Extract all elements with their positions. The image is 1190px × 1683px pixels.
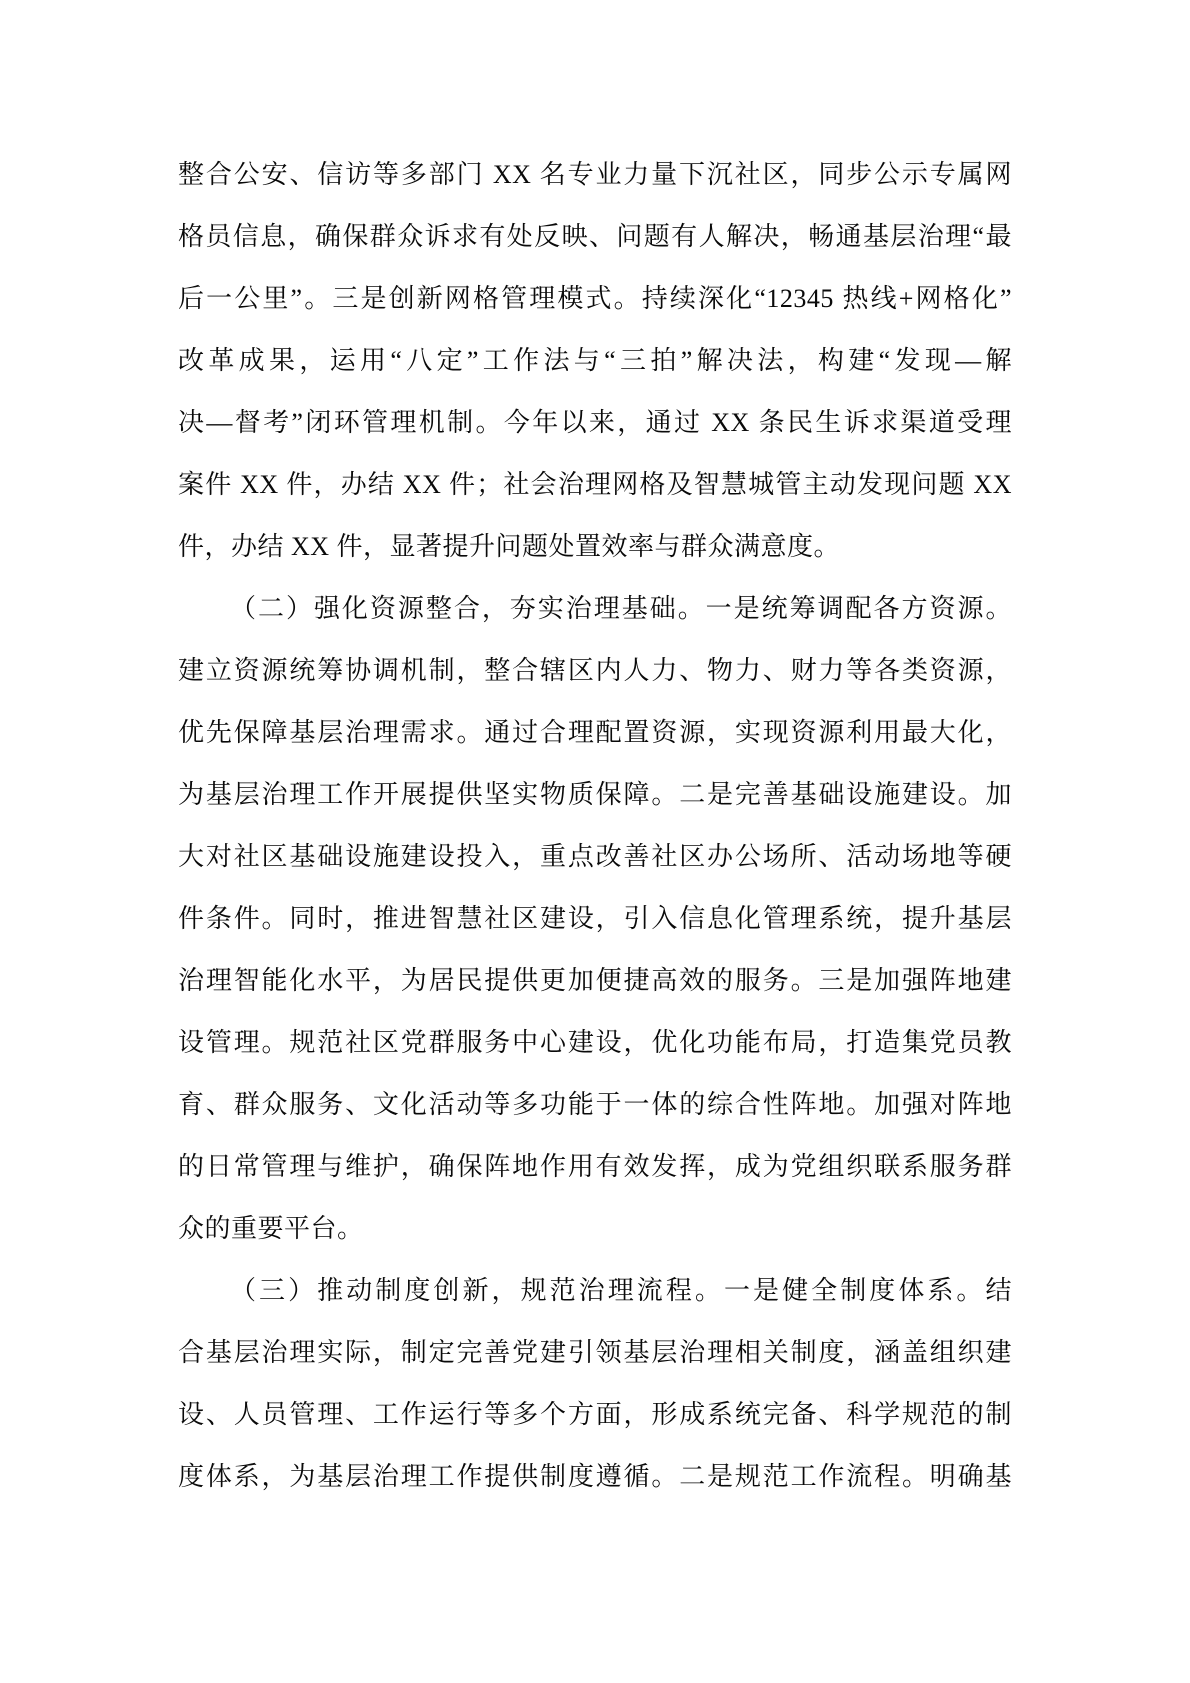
- document-line: 件条件。同时，推进智慧社区建设，引入信息化管理系统，提升基层: [178, 888, 1012, 950]
- document-line: 后一公里”。三是创新网格管理模式。持续深化“12345 热线+网格化”: [178, 268, 1012, 330]
- document-line: 合基层治理实际，制定完善党建引领基层治理相关制度，涵盖组织建: [178, 1322, 1012, 1384]
- document-line: （三）推动制度创新，规范治理流程。一是健全制度体系。结: [178, 1260, 1012, 1322]
- document-line: 格员信息，确保群众诉求有处反映、问题有人解决，畅通基层治理“最: [178, 206, 1012, 268]
- document-line: 治理智能化水平，为居民提供更加便捷高效的服务。三是加强阵地建: [178, 950, 1012, 1012]
- document-line: 设、人员管理、工作运行等多个方面，形成系统完备、科学规范的制: [178, 1384, 1012, 1446]
- document-line: 众的重要平台。: [178, 1198, 1012, 1260]
- document-line: 度体系，为基层治理工作提供制度遵循。二是规范工作流程。明确基: [178, 1446, 1012, 1508]
- document-line: 建立资源统筹协调机制，整合辖区内人力、物力、财力等各类资源，: [178, 640, 1012, 702]
- document-page: 整合公安、信访等多部门 XX 名专业力量下沉社区，同步公示专属网格员信息，确保群…: [0, 0, 1190, 1683]
- document-line: （二）强化资源整合，夯实治理基础。一是统筹调配各方资源。: [178, 578, 1012, 640]
- document-line: 育、群众服务、文化活动等多功能于一体的综合性阵地。加强对阵地: [178, 1074, 1012, 1136]
- document-line: 案件 XX 件，办结 XX 件；社会治理网格及智慧城管主动发现问题 XX: [178, 454, 1012, 516]
- document-line: 大对社区基础设施建设投入，重点改善社区办公场所、活动场地等硬: [178, 826, 1012, 888]
- document-line: 设管理。规范社区党群服务中心建设，优化功能布局，打造集党员教: [178, 1012, 1012, 1074]
- document-line: 的日常管理与维护，确保阵地作用有效发挥，成为党组织联系服务群: [178, 1136, 1012, 1198]
- document-line: 件，办结 XX 件，显著提升问题处置效率与群众满意度。: [178, 516, 1012, 578]
- document-line: 优先保障基层治理需求。通过合理配置资源，实现资源利用最大化，: [178, 702, 1012, 764]
- document-line: 为基层治理工作开展提供坚实物质保障。二是完善基础设施建设。加: [178, 764, 1012, 826]
- document-body: 整合公安、信访等多部门 XX 名专业力量下沉社区，同步公示专属网格员信息，确保群…: [178, 144, 1012, 1508]
- document-line: 改革成果，运用“八定”工作法与“三拍”解决法，构建“发现—解: [178, 330, 1012, 392]
- document-line: 决—督考”闭环管理机制。今年以来，通过 XX 条民生诉求渠道受理: [178, 392, 1012, 454]
- document-line: 整合公安、信访等多部门 XX 名专业力量下沉社区，同步公示专属网: [178, 144, 1012, 206]
